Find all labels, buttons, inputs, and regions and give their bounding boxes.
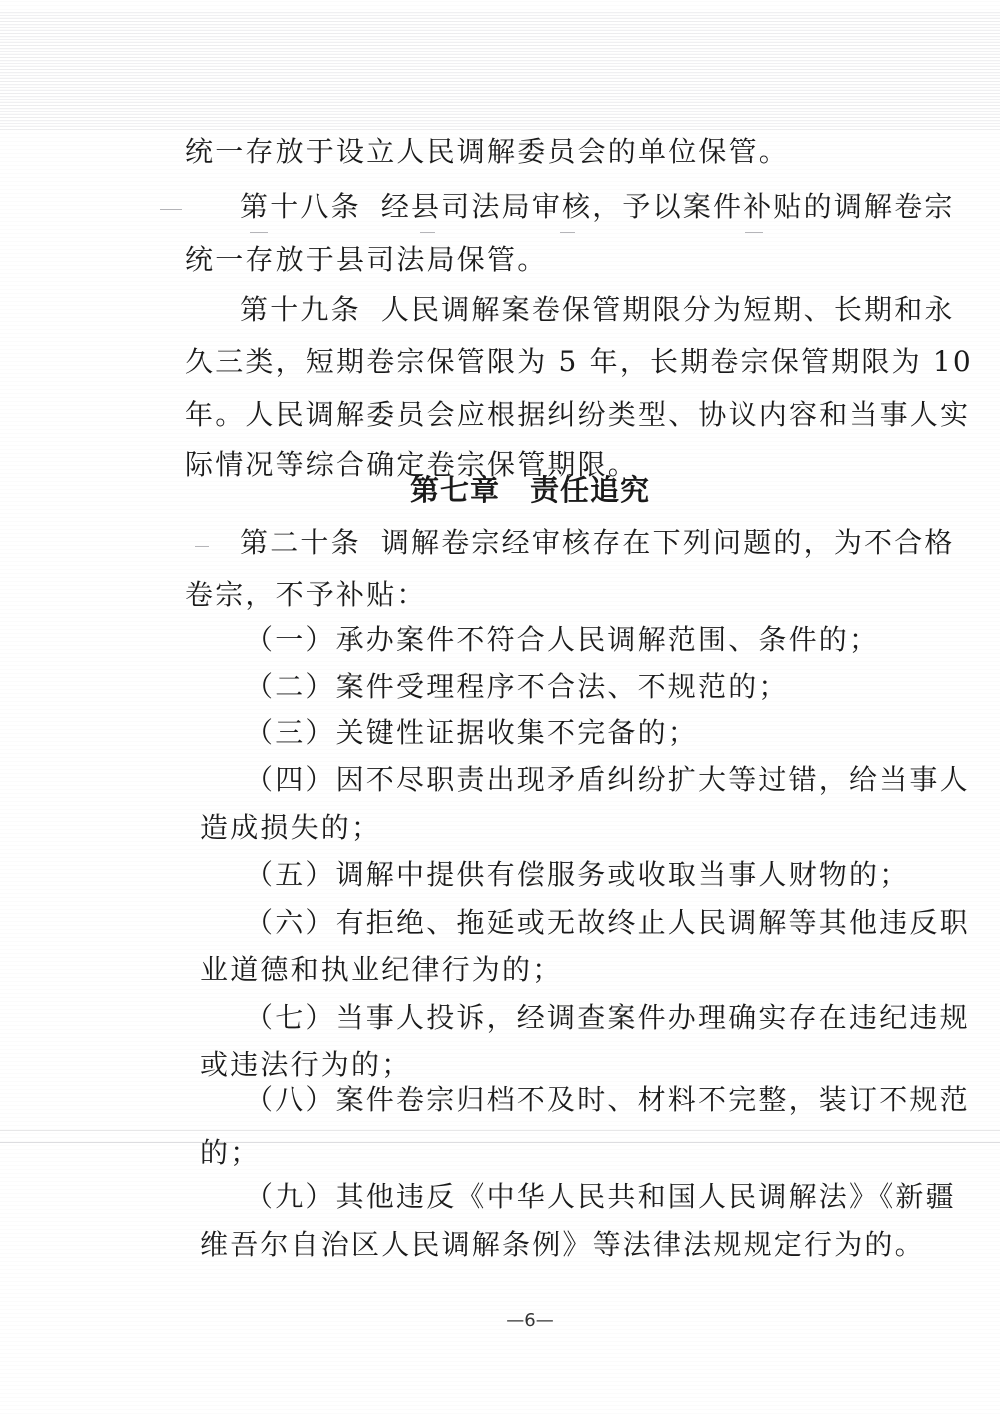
scan-mark: [560, 232, 575, 233]
article-19-label: 第十九条: [240, 293, 361, 326]
list-item-8-line-2: 的；: [200, 1133, 900, 1173]
list-item-4-line-2: 造成损失的；: [200, 808, 900, 848]
list-item-1: （一）承办案件不符合人民调解范围、条件的；: [245, 620, 945, 660]
scan-mark: [420, 232, 435, 233]
list-item-9-line-2: 维吾尔自治区人民调解条例》等法律法规规定行为的。: [200, 1225, 900, 1265]
list-item-4-line-1: （四）因不尽职责出现矛盾纠纷扩大等过错，给当事人: [245, 760, 945, 800]
page-number: —6—: [0, 1310, 1000, 1331]
scan-texture-top: [0, 10, 1000, 130]
list-item-7-line-2: 或违法行为的；: [200, 1045, 900, 1085]
list-item-6-line-2: 业道德和执业纪律行为的；: [200, 950, 900, 990]
list-item-9-line-1: （九）其他违反《中华人民共和国人民调解法》《新疆: [245, 1177, 945, 1217]
chapter-heading: 第七章 责任追究: [0, 470, 1000, 510]
article-18-line-1: 第十八条经县司法局审核，予以案件补贴的调解卷宗: [240, 187, 940, 227]
article-20-line-1: 第二十条调解卷宗经审核存在下列问题的，为不合格: [240, 523, 940, 563]
list-item-2: （二）案件受理程序不合法、不规范的；: [245, 667, 945, 707]
article-20-label: 第二十条: [240, 526, 361, 559]
scan-mark: [160, 209, 182, 210]
scan-line: [0, 1130, 1000, 1131]
article-18-text: 经县司法局审核，予以案件补贴的调解卷宗: [381, 190, 955, 223]
scan-mark: [250, 232, 268, 233]
article-20-line-2: 卷宗，不予补贴：: [185, 575, 885, 615]
list-item-6-line-1: （六）有拒绝、拖延或无故终止人民调解等其他违反职: [245, 903, 945, 943]
document-page: 统一存放于设立人民调解委员会的单位保管。 第十八条经县司法局审核，予以案件补贴的…: [0, 0, 1000, 1414]
list-item-3: （三）关键性证据收集不完备的；: [245, 713, 945, 753]
article-19-line-3: 年。人民调解委员会应根据纠纷类型、协议内容和当事人实: [185, 395, 885, 435]
article-19-text: 人民调解案卷保管期限分为短期、长期和永: [381, 293, 955, 326]
article-17-continuation: 统一存放于设立人民调解委员会的单位保管。: [185, 132, 885, 172]
list-item-7-line-1: （七）当事人投诉，经调查案件办理确实存在违纪违规: [245, 998, 945, 1038]
article-19-line-2: 久三类，短期卷宗保管限为 5 年，长期卷宗保管期限为 10: [185, 342, 885, 382]
list-item-8-line-1: （八）案件卷宗归档不及时、材料不完整，装订不规范: [245, 1080, 945, 1120]
article-19-line-1: 第十九条人民调解案卷保管期限分为短期、长期和永: [240, 290, 940, 330]
scan-mark: [745, 232, 763, 233]
article-18-line-2: 统一存放于县司法局保管。: [185, 240, 885, 280]
list-item-5: （五）调解中提供有偿服务或收取当事人财物的；: [245, 855, 945, 895]
article-20-text: 调解卷宗经审核存在下列问题的，为不合格: [381, 526, 955, 559]
article-18-label: 第十八条: [240, 190, 361, 223]
scan-mark: [195, 546, 209, 547]
